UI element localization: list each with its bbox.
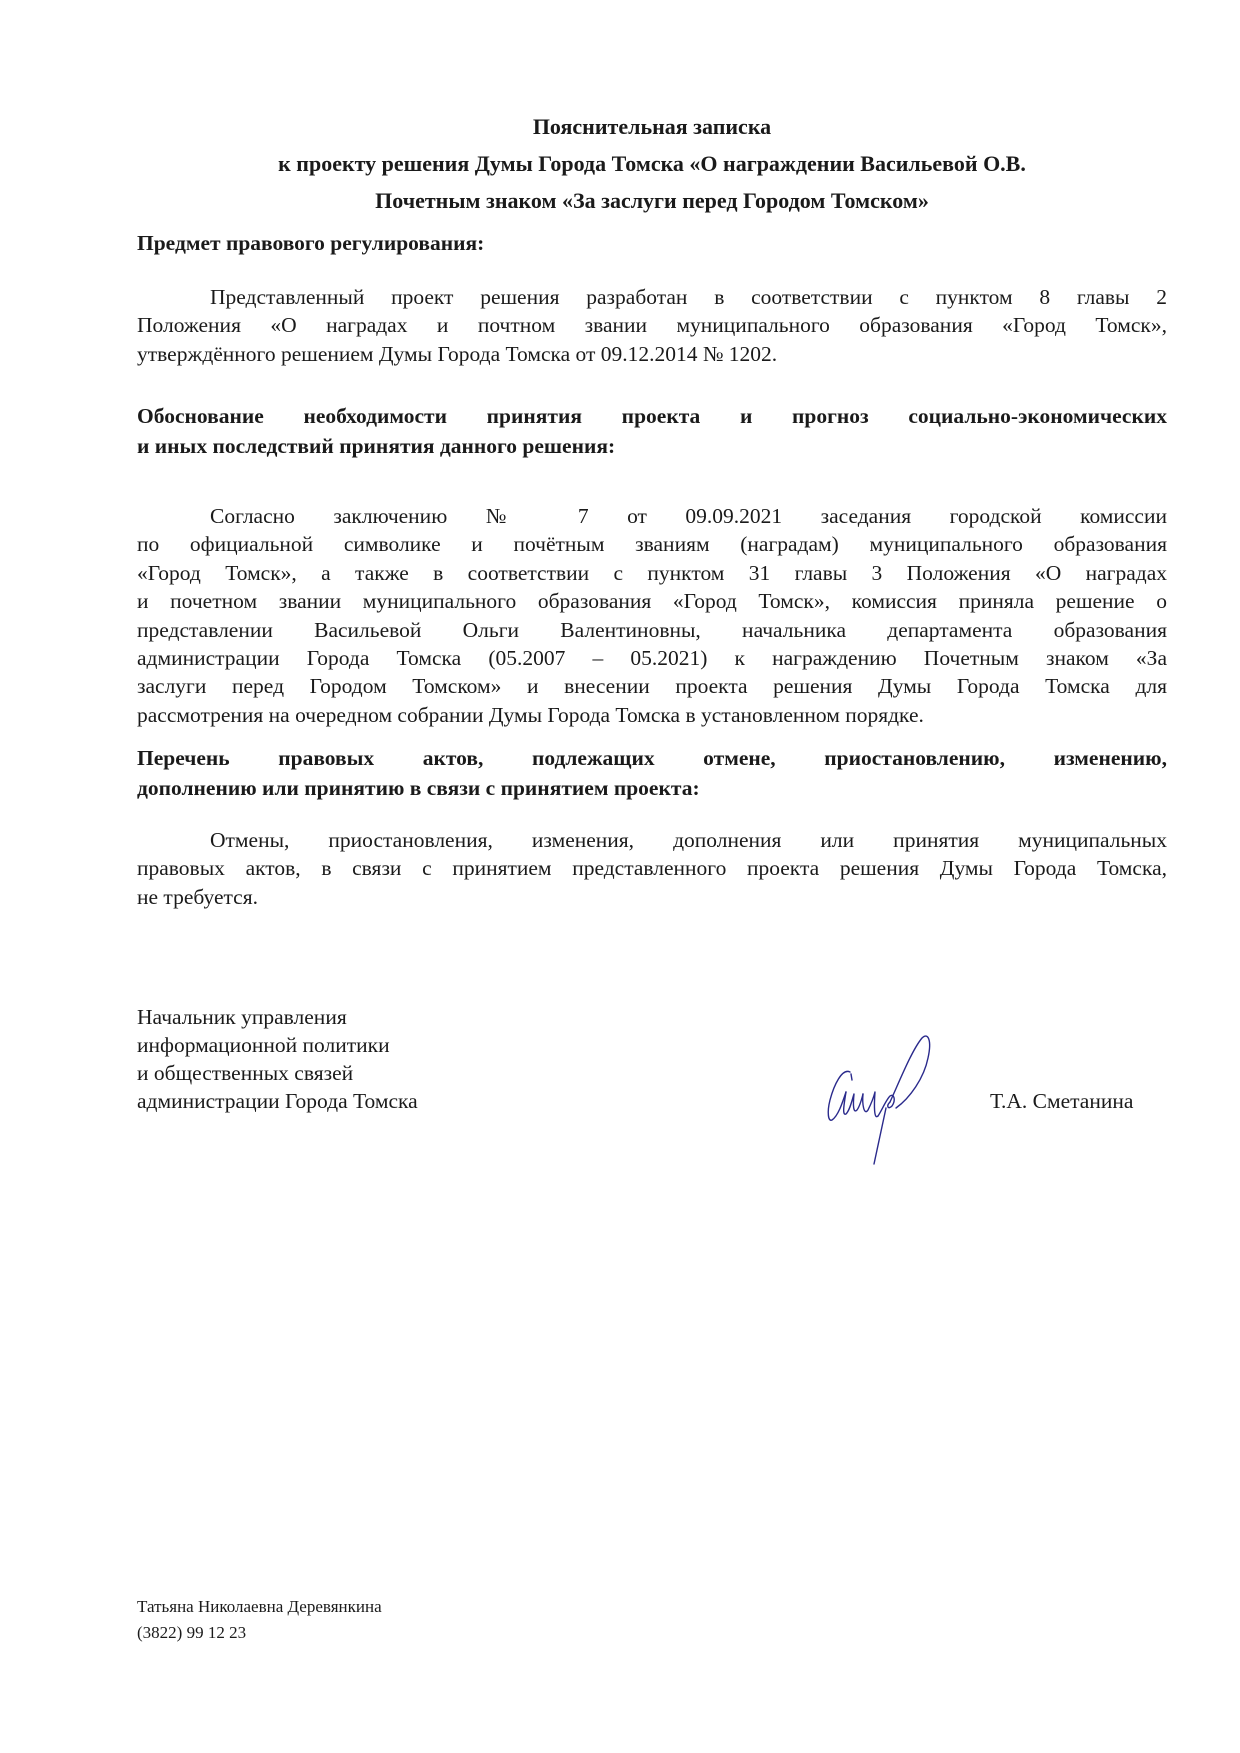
title-line-2: к проекту решения Думы Города Томска «О … bbox=[137, 145, 1167, 182]
document-page: Пояснительная записка к проекту решения … bbox=[0, 0, 1240, 1753]
section-heading-subject: Предмет правового регулирования: bbox=[137, 228, 1167, 258]
paragraph-line: и почетном звании муниципального образов… bbox=[137, 587, 1167, 615]
paragraph-line: рассмотрения на очередном собрании Думы … bbox=[137, 701, 1167, 729]
title-line-1: Пояснительная записка bbox=[137, 108, 1167, 145]
paragraph-line: по официальной символике и почётным зван… bbox=[137, 530, 1167, 558]
paragraph-line: Согласно заключению № 7 от 09.09.2021 за… bbox=[137, 502, 1167, 530]
position-line: и общественных связей bbox=[137, 1059, 418, 1087]
position-line: администрации Города Томска bbox=[137, 1087, 418, 1115]
paragraph-line: не требуется. bbox=[137, 883, 1167, 911]
paragraph-line: Положения «О наградах и почтном звании м… bbox=[137, 311, 1167, 339]
section-heading-justification: Обоснование необходимости принятия проек… bbox=[137, 401, 1167, 461]
paragraph-line: «Город Томск», а также в соответствии с … bbox=[137, 559, 1167, 587]
paragraph-line: Представленный проект решения разработан… bbox=[137, 283, 1167, 311]
heading-line: Обоснование необходимости принятия проек… bbox=[137, 401, 1167, 431]
handwritten-signature-icon bbox=[820, 1030, 960, 1170]
section-paragraph-subject: Представленный проект решения разработан… bbox=[137, 283, 1167, 368]
heading-line: и иных последствий принятия данного реше… bbox=[137, 434, 615, 458]
position-line: информационной политики bbox=[137, 1031, 418, 1059]
title-line-3: Почетным знаком «За заслуги перед Городо… bbox=[137, 182, 1167, 219]
paragraph-line: администрации Города Томска (05.2007 – 0… bbox=[137, 644, 1167, 672]
signer-name: Т.А. Сметанина bbox=[990, 1087, 1133, 1115]
executor-name: Татьяна Николаевна Деревянкина bbox=[137, 1594, 382, 1620]
executor-info: Татьяна Николаевна Деревянкина (3822) 99… bbox=[137, 1594, 382, 1646]
paragraph-line: Отмены, приостановления, изменения, допо… bbox=[137, 826, 1167, 854]
position-line: Начальник управления bbox=[137, 1003, 418, 1031]
executor-phone: (3822) 99 12 23 bbox=[137, 1620, 382, 1646]
heading-line: дополнению или принятию в связи с принят… bbox=[137, 776, 700, 800]
paragraph-line: представлении Васильевой Ольги Валентино… bbox=[137, 616, 1167, 644]
section-paragraph-justification: Согласно заключению № 7 от 09.09.2021 за… bbox=[137, 502, 1167, 729]
section-heading-legal-acts: Перечень правовых актов, подлежащих отме… bbox=[137, 743, 1167, 803]
paragraph-line: утверждённого решением Думы Города Томск… bbox=[137, 340, 1167, 368]
heading-line: Предмет правового регулирования: bbox=[137, 231, 484, 255]
paragraph-line: правовых актов, в связи с принятием пред… bbox=[137, 854, 1167, 882]
section-paragraph-legal-acts: Отмены, приостановления, изменения, допо… bbox=[137, 826, 1167, 911]
signatory-position: Начальник управления информационной поли… bbox=[137, 1003, 418, 1115]
paragraph-line: заслуги перед Городом Томском» и внесени… bbox=[137, 672, 1167, 700]
heading-line: Перечень правовых актов, подлежащих отме… bbox=[137, 743, 1167, 773]
document-title: Пояснительная записка к проекту решения … bbox=[137, 108, 1167, 219]
